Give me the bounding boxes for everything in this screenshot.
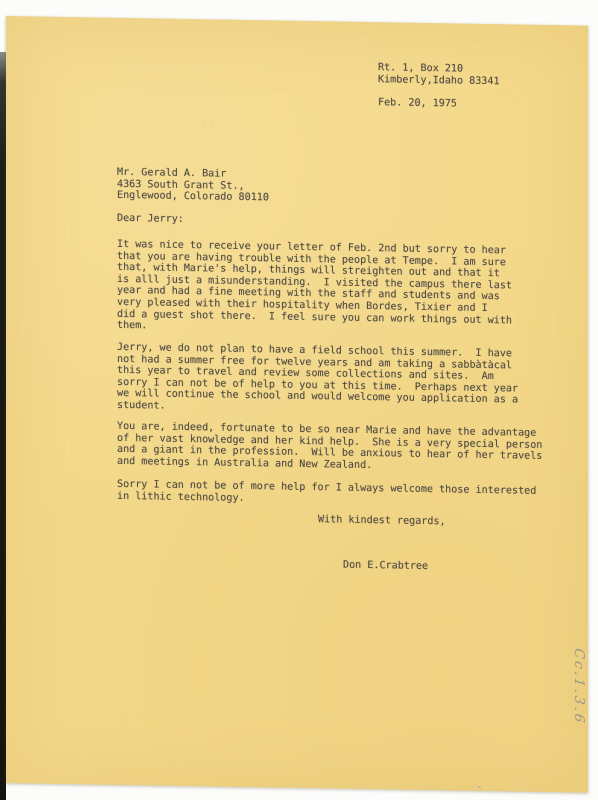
catalog-number-annotation: Cc.1.3.6 bbox=[569, 635, 587, 737]
scanned-letter-page: Rt. 1, Box 210 Kimberly,Idaho 83341 Feb.… bbox=[0, 0, 598, 800]
body-paragraph-4: Sorry I can not be of more help for I al… bbox=[117, 479, 536, 509]
body-paragraph-2: Jerry, we do not plan to have a field sc… bbox=[117, 342, 518, 418]
sender-address: Rt. 1, Box 210 Kimberly,Idaho 83341 bbox=[378, 62, 500, 87]
body-paragraph-3: You are, indeed, fortunate to be so near… bbox=[117, 421, 542, 474]
salutation: Dear Jerry: bbox=[117, 213, 184, 226]
letter-paper: Rt. 1, Box 210 Kimberly,Idaho 83341 Feb.… bbox=[6, 16, 588, 793]
scan-artifact bbox=[204, 119, 216, 135]
signature-name: Don E.Crabtree bbox=[343, 560, 428, 573]
closing-line: With kindest regards, bbox=[318, 514, 446, 528]
letter-date: Feb. 20, 1975 bbox=[378, 97, 457, 110]
recipient-address: Mr. Gerald A. Bair 4363 South Grant St.,… bbox=[117, 167, 269, 204]
scan-artifact bbox=[478, 786, 481, 788]
body-paragraph-1: It was nice to receive your letter of Fe… bbox=[117, 239, 512, 338]
